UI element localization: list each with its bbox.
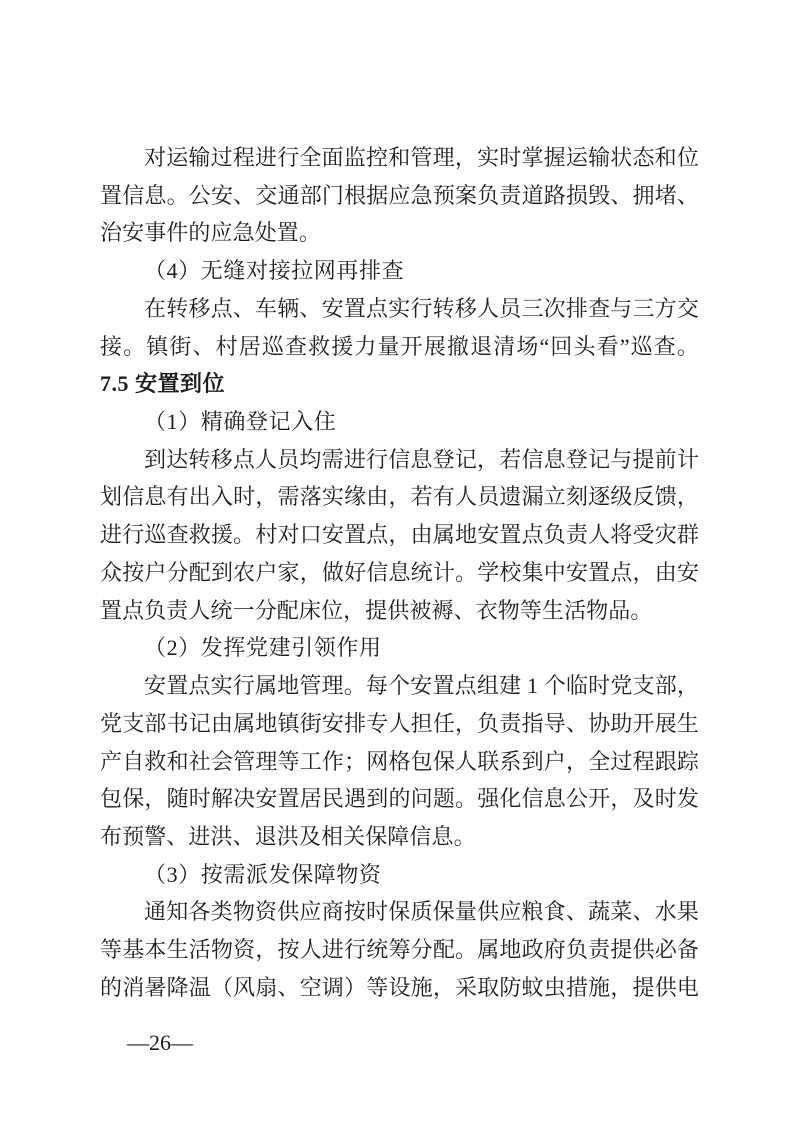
text-line: 包保，随时解决安置居民遇到的问题。强化信息公开，及时发 [100,780,699,818]
text-line: 众按户分配到农户家，做好信息统计。学校集中安置点，由安 [100,554,699,592]
page-number: —26— [127,1032,193,1054]
text-line: 接。镇街、村居巡查救援力量开展撤退清场“回头看”巡查。 [100,328,699,366]
text-line: 治安事件的应急处置。 [100,214,699,252]
section-heading-7-5: 7.5 安置到位 [100,365,699,403]
text-line: 到达转移点人员均需进行信息登记，若信息登记与提前计 [100,441,699,479]
text-line: 划信息有出入时，需落实缘由，若有人员遗漏立刻逐级反馈， [100,478,699,516]
text-line: 党支部书记由属地镇街安排专人担任，负责指导、协助开展生 [100,705,699,743]
text-line: 通知各类物资供应商按时保质保量供应粮食、蔬菜、水果 [100,893,699,931]
text-line: 等基本生活物资，按人进行统筹分配。属地政府负责提供必备 [100,931,699,969]
page-body: 对运输过程进行全面监控和管理，实时掌握运输状态和位 置信息。公安、交通部门根据应… [100,139,699,1007]
subheading-item-4: （4）无缝对接拉网再排查 [100,252,699,290]
text-line: 安置点实行属地管理。每个安置点组建 1 个临时党支部， [100,667,699,705]
text-line: 在转移点、车辆、安置点实行转移人员三次排查与三方交 [100,290,699,328]
subheading-item-2: （2）发挥党建引领作用 [100,629,699,667]
text-line: 的消暑降温（风扇、空调）等设施，采取防蚊虫措施，提供电 [100,969,699,1007]
text-line: 对运输过程进行全面监控和管理，实时掌握运输状态和位 [100,139,699,177]
text-line: 置点负责人统一分配床位，提供被褥、衣物等生活物品。 [100,592,699,630]
text-line: 布预警、进洪、退洪及相关保障信息。 [100,818,699,856]
subheading-item-1: （1）精确登记入住 [100,403,699,441]
subheading-item-3: （3）按需派发保障物资 [100,856,699,894]
text-line: 进行巡查救援。村对口安置点，由属地安置点负责人将受灾群 [100,516,699,554]
text-line: 置信息。公安、交通部门根据应急预案负责道路损毁、拥堵、 [100,177,699,215]
document-page: 对运输过程进行全面监控和管理，实时掌握运输状态和位 置信息。公安、交通部门根据应… [0,0,793,1122]
text-line: 产自救和社会管理等工作；网格包保人联系到户，全过程跟踪 [100,743,699,781]
